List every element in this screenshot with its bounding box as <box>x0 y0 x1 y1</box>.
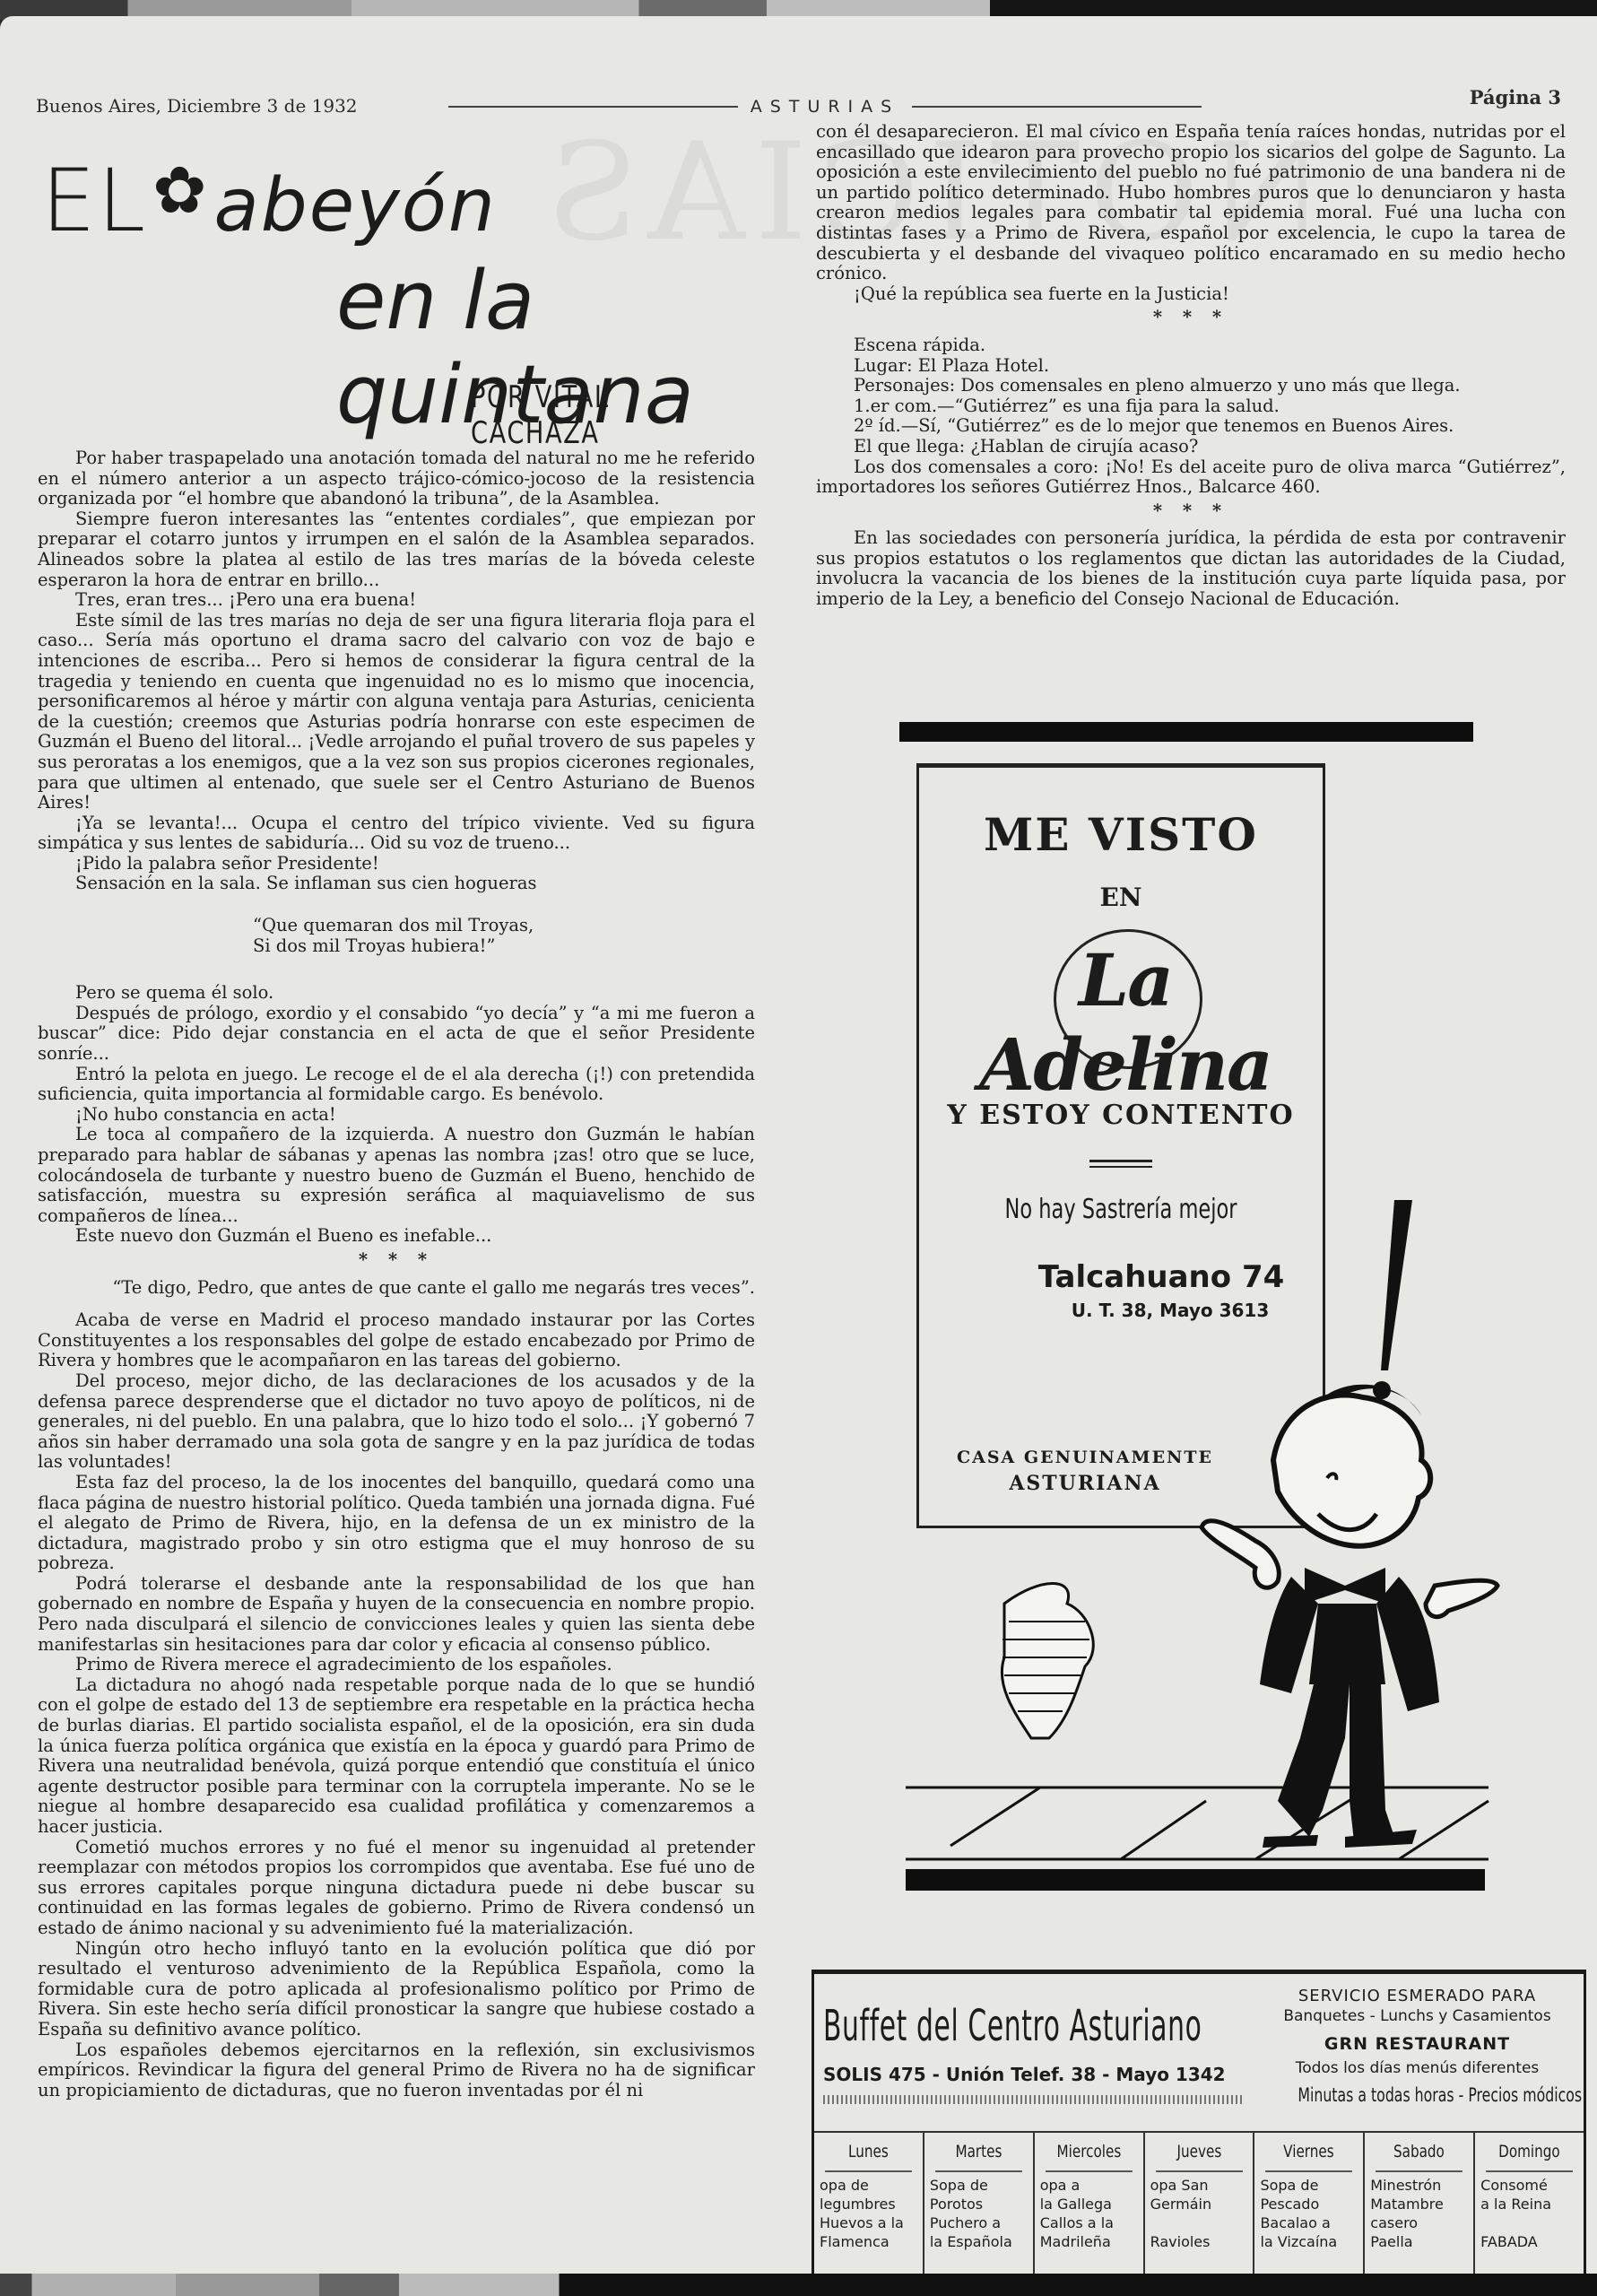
menu-dish-line: Ravioles <box>1150 2232 1250 2251</box>
menu-dish-line: Bacalao a <box>1260 2213 1359 2232</box>
paragraph: Ningún otro hecho influyó tanto en la ev… <box>38 1939 755 2040</box>
paragraph: ¡Ya se levanta!... Ocupa el centro del t… <box>38 813 755 854</box>
menu-dish-line: Puchero a <box>930 2213 1029 2232</box>
paragraph: Por haber traspapelado una anotación tom… <box>38 448 755 509</box>
paragraph: Personajes: Dos comensales en pleno almu… <box>816 376 1566 396</box>
weekly-menu-table: Lunesopa delegumbresHuevos a laFlamencaM… <box>814 2131 1584 2274</box>
menu-day-column: DomingoConsoméa la Reina FABADA <box>1475 2133 1584 2274</box>
paragraph: Sensación en la sala. Se inflaman sus ci… <box>38 874 755 894</box>
menu-day-label: Miercoles <box>1046 2133 1133 2172</box>
menu-dishes: Sopa dePescadoBacalao ala Vizcaína <box>1254 2172 1363 2251</box>
banquetes-text: Banquetes - Lunchs y Casamientos <box>1258 2007 1576 2025</box>
menu-day-label: Martes <box>935 2133 1022 2172</box>
ad-top-bar <box>899 722 1473 742</box>
ad-divider <box>1089 1160 1152 1168</box>
menu-dish-line: Madrileña <box>1040 2232 1140 2251</box>
ad-headline: ME VISTO <box>919 808 1323 861</box>
scan-bottom-border <box>0 2274 1597 2296</box>
menu-dish-line: Paella <box>1370 2232 1470 2251</box>
title-word: abeyón <box>213 163 496 248</box>
ad-buffet-box: Buffet del Centro Asturiano SOLIS 475 - … <box>812 1970 1586 2283</box>
ad-tagline: Y ESTOY CONTENTO <box>919 1100 1323 1131</box>
paragraph: Acaba de verse en Madrid el proceso mand… <box>38 1310 755 1371</box>
paragraph: Pero se quema él solo. <box>38 983 755 1004</box>
page-header: Buenos Aires, Diciembre 3 de 1932 ASTURI… <box>36 52 1561 88</box>
menu-dish-line: Porotos <box>930 2195 1029 2213</box>
menu-dishes: opa SanGermáin Ravioles <box>1145 2172 1254 2251</box>
menu-dish-line <box>1480 2213 1580 2232</box>
decorative-wave-rule <box>823 2095 1245 2104</box>
paragraph: Primo de Rivera merece el agradecimiento… <box>38 1655 755 1675</box>
paragraph: ¡Pido la palabra señor Presidente! <box>38 854 755 874</box>
paragraph: Los dos comensales a coro: ¡No! Es del a… <box>816 457 1566 498</box>
menu-day-column: ViernesSopa dePescadoBacalao ala Vizcaín… <box>1254 2133 1365 2274</box>
paragraph: Esta faz del proceso, la de los inocente… <box>38 1473 755 1574</box>
paragraph: Entró la pelota en juego. Le recoge el d… <box>38 1065 755 1105</box>
menu-day-column: Miercolesopa ala GallegaCallos a laMadri… <box>1035 2133 1145 2274</box>
menu-dish-line: la Gallega <box>1040 2195 1140 2213</box>
servicio-text: SERVICIO ESMERADO PARA <box>1258 1987 1576 2005</box>
page-number: Página 3 <box>1470 86 1561 109</box>
menu-day-column: MartesSopa dePorotosPuchero ala Española <box>924 2133 1035 2274</box>
title-line-1: EL✿abeyón <box>41 151 497 251</box>
menu-dish-line: la Española <box>930 2232 1029 2251</box>
section-separator: * * * <box>816 501 1566 522</box>
article-column-left: Por haber traspapelado una anotación tom… <box>38 448 755 2100</box>
menu-day-label: Sabado <box>1376 2133 1462 2172</box>
menu-day-label: Domingo <box>1486 2133 1573 2172</box>
article-title: EL✿abeyón en la quintana POR VITAL CACHA… <box>36 151 735 438</box>
quoted-verse: “Te digo, Pedro, que antes de que cante … <box>38 1278 755 1299</box>
paragraph: ¡Qué la república sea fuerte en la Justi… <box>816 284 1566 305</box>
menus-text: Todos los días menús diferentes <box>1258 2059 1576 2077</box>
menu-day-label: Viernes <box>1266 2133 1353 2172</box>
flower-icon: ✿ <box>152 152 208 228</box>
menu-dish-line: opa de <box>820 2176 919 2195</box>
menu-dish-line: opa San <box>1150 2176 1250 2195</box>
menu-dish-line: la Vizcaína <box>1260 2232 1359 2251</box>
article-column-right: con él desaparecieron. El mal cívico en … <box>816 122 1566 610</box>
paragraph: En las sociedades con personería jurídic… <box>816 528 1566 609</box>
paragraph: Podrá tolerarse el desbande ante la resp… <box>38 1574 755 1655</box>
menu-dish-line: Pescado <box>1260 2195 1359 2213</box>
menu-dish-line: Germáin <box>1150 2195 1250 2213</box>
buffet-name: Buffet del Centro Asturiano <box>823 2001 1202 2051</box>
menu-dish-line: Consomé <box>1480 2176 1580 2195</box>
menu-dish-line: Flamenca <box>820 2232 919 2251</box>
paragraph: Este nuevo don Guzmán el Bueno es inefab… <box>38 1226 755 1247</box>
publication-name: ASTURIAS <box>751 97 899 117</box>
issue-date: Buenos Aires, Diciembre 3 de 1932 <box>36 95 358 117</box>
menu-dish-line: a la Reina <box>1480 2195 1580 2213</box>
menu-dishes: Sopa dePorotosPuchero ala Española <box>924 2172 1033 2251</box>
menu-dishes: opa ala GallegaCallos a laMadrileña <box>1035 2172 1143 2251</box>
masthead: ASTURIAS <box>448 97 1202 117</box>
paragraph: Lugar: El Plaza Hotel. <box>816 356 1566 377</box>
byline: POR VITAL CACHAZA <box>471 379 682 451</box>
restaurant-text: GRN RESTAURANT <box>1258 2034 1576 2054</box>
paragraph: El que llega: ¿Hablan de cirujía acaso? <box>816 437 1566 457</box>
menu-dish-line: Matambre <box>1370 2195 1470 2213</box>
masthead-rule-right <box>912 106 1202 108</box>
menu-dish-line <box>1150 2213 1250 2232</box>
menu-dish-line: Minestrón <box>1370 2176 1470 2195</box>
menu-day-column: SabadoMinestrónMatambrecaseroPaella <box>1365 2133 1475 2274</box>
brand-name: La Adelina <box>937 938 1314 1107</box>
minutas-text: Minutas a todas horas - Precios módicos <box>1298 2084 1536 2106</box>
menu-dish-line: FABADA <box>1480 2232 1580 2251</box>
menu-dish-line: Huevos a la <box>820 2213 919 2232</box>
section-separator: * * * <box>816 308 1566 328</box>
smiling-man-in-tuxedo-icon <box>897 1182 1506 1900</box>
menu-dish-line: casero <box>1370 2213 1470 2232</box>
section-separator: * * * <box>38 1250 755 1271</box>
paragraph: La dictadura no ahogó nada respetable po… <box>38 1675 755 1838</box>
menu-day-label: Lunes <box>825 2133 912 2172</box>
menu-dishes: MinestrónMatambrecaseroPaella <box>1365 2172 1473 2251</box>
menu-dishes: Consoméa la Reina FABADA <box>1475 2172 1584 2251</box>
menu-day-column: Juevesopa SanGermáin Ravioles <box>1145 2133 1255 2274</box>
paragraph: Escena rápida. <box>816 335 1566 356</box>
paragraph: Los españoles debemos ejercitarnos en la… <box>38 2040 755 2101</box>
masthead-rule-left <box>448 106 738 108</box>
paragraph: Del proceso, mejor dicho, de las declara… <box>38 1371 755 1473</box>
menu-dish-line: Sopa de <box>930 2176 1029 2195</box>
paragraph: Cometió muchos errores y no fué el menor… <box>38 1838 755 1939</box>
newspaper-page: NOTICIAS Buenos Aires, Diciembre 3 de 19… <box>0 16 1597 2278</box>
menu-dish-line: opa a <box>1040 2176 1140 2195</box>
paragraph: 2º íd.—Sí, “Gutiérrez” es de lo mejor qu… <box>816 416 1566 437</box>
ad-en: EN <box>919 883 1323 912</box>
menu-dish-line: legumbres <box>820 2195 919 2213</box>
paragraph: ¡No hubo constancia en acta! <box>38 1105 755 1126</box>
ad-bottom-bar <box>906 1869 1485 1891</box>
paragraph: Tres, eran tres... ¡Pero una era buena! <box>38 590 755 611</box>
quoted-verse: “Que quemaran dos mil Troyas, Si dos mil… <box>38 916 755 956</box>
buffet-address: SOLIS 475 - Unión Telef. 38 - Mayo 1342 <box>823 2064 1226 2085</box>
la-adelina-logo: La Adelina <box>937 920 1314 1073</box>
paragraph: Después de prólogo, exordio y el consabi… <box>38 1004 755 1065</box>
menu-dish-line: Sopa de <box>1260 2176 1359 2195</box>
title-prefix: EL <box>41 151 147 251</box>
menu-day-label: Jueves <box>1156 2133 1243 2172</box>
paragraph: con él desaparecieron. El mal cívico en … <box>816 122 1566 284</box>
menu-dishes: opa delegumbresHuevos a laFlamenca <box>814 2172 923 2251</box>
paragraph: Le toca al compañero de la izquierda. A … <box>38 1125 755 1226</box>
menu-dish-line: Callos a la <box>1040 2213 1140 2232</box>
paragraph: Siempre fueron interesantes las “entente… <box>38 509 755 590</box>
paragraph: Este símil de las tres marías no deja de… <box>38 611 755 813</box>
paragraph: 1.er com.—“Gutiérrez” es una fija para l… <box>816 396 1566 417</box>
menu-day-column: Lunesopa delegumbresHuevos a laFlamenca <box>814 2133 924 2274</box>
buffet-services: SERVICIO ESMERADO PARA Banquetes - Lunch… <box>1258 1981 1576 2106</box>
